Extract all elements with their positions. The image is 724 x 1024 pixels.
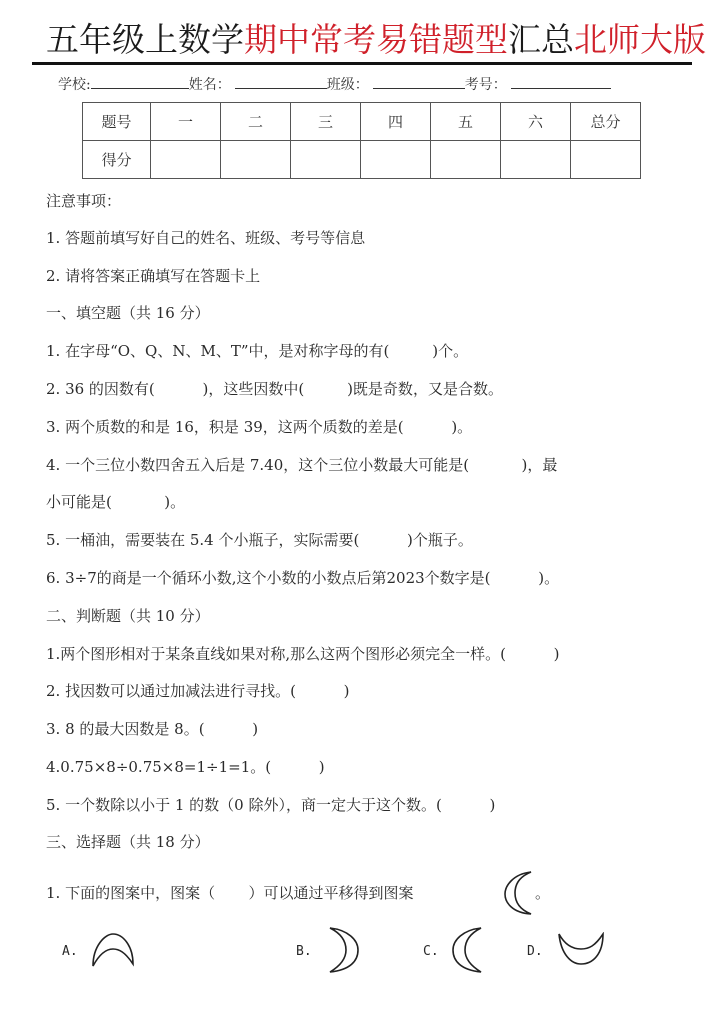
note-item: 2. 请将答案正确填写在答题卡上 bbox=[46, 266, 260, 286]
crescent-down-icon[interactable] bbox=[557, 932, 605, 966]
title-part-4: 北师大版 bbox=[574, 20, 706, 59]
option-d-label[interactable]: D. bbox=[527, 942, 543, 962]
header-cell: 六 bbox=[501, 103, 571, 141]
header-cell: 题号 bbox=[83, 103, 151, 141]
score-cell[interactable] bbox=[431, 141, 501, 179]
header-cell: 五 bbox=[431, 103, 501, 141]
header-cell: 一 bbox=[151, 103, 221, 141]
name-label: 姓名： bbox=[189, 77, 231, 93]
score-cell[interactable] bbox=[361, 141, 431, 179]
section-heading-fill-blank: 一、填空题（共 16 分） bbox=[46, 303, 210, 323]
header-cell: 总分 bbox=[571, 103, 641, 141]
option-a-label[interactable]: A. bbox=[62, 942, 78, 962]
crescent-left-icon[interactable] bbox=[451, 926, 483, 974]
class-label: 班级： bbox=[327, 77, 369, 93]
question-item: 1. 在字母“O、Q、N、M、T”中，是对称字母的有( )个。 bbox=[46, 341, 468, 361]
question-item: 1. 下面的图案中，图案（ ）可以通过平移得到图案 bbox=[46, 883, 413, 903]
title-underline bbox=[32, 62, 692, 65]
document-title: 五年级上数学期中常考易错题型汇总北师大版 bbox=[46, 18, 706, 62]
question-item: 3. 8 的最大因数是 8。( ) bbox=[46, 719, 258, 739]
score-table-header-row: 题号 一 二 三 四 五 六 总分 bbox=[83, 103, 641, 141]
school-field[interactable] bbox=[91, 75, 189, 89]
section-heading-true-false: 二、判断题（共 10 分） bbox=[46, 606, 210, 626]
title-part-1: 五年级上数学 bbox=[46, 20, 244, 59]
question-suffix: 。 bbox=[535, 883, 550, 903]
question-item-continued: 小可能是( )。 bbox=[46, 492, 185, 512]
student-info-line: 学校:姓名：班级：考号： bbox=[58, 74, 611, 94]
crescent-right-icon[interactable] bbox=[328, 926, 360, 974]
question-item: 5. 一个数除以小于 1 的数（0 除外），商一定大于这个数。( ) bbox=[46, 795, 495, 815]
question-item: 4. 一个三位小数四舍五入后是 7.40，这个三位小数最大可能是( )，最 bbox=[46, 455, 557, 475]
note-item: 1. 答题前填写好自己的姓名、班级、考号等信息 bbox=[46, 228, 365, 248]
section-heading-multiple-choice: 三、选择题（共 18 分） bbox=[46, 832, 210, 852]
question-item: 2. 找因数可以通过加减法进行寻找。( ) bbox=[46, 681, 349, 701]
question-item: 4.0.75×8÷0.75×8=1÷1=1。( ) bbox=[46, 757, 325, 777]
title-part-2: 期中常考易错题型 bbox=[244, 20, 508, 59]
exam-number-field[interactable] bbox=[511, 75, 611, 89]
score-cell[interactable] bbox=[571, 141, 641, 179]
question-item: 5. 一桶油，需要装在 5.4 个小瓶子，实际需要( )个瓶子。 bbox=[46, 530, 473, 550]
row-label-cell: 得分 bbox=[83, 141, 151, 179]
score-cell[interactable] bbox=[151, 141, 221, 179]
question-item: 3. 两个质数的和是 16，积是 39，这两个质数的差是( )。 bbox=[46, 417, 472, 437]
crescent-left-icon bbox=[503, 870, 535, 916]
score-cell[interactable] bbox=[291, 141, 361, 179]
notes-heading: 注意事项： bbox=[46, 191, 121, 211]
score-table-score-row: 得分 bbox=[83, 141, 641, 179]
title-part-3: 汇总 bbox=[508, 20, 574, 59]
header-cell: 四 bbox=[361, 103, 431, 141]
score-cell[interactable] bbox=[221, 141, 291, 179]
header-cell: 二 bbox=[221, 103, 291, 141]
question-item: 2. 36 的因数有( )，这些因数中( )既是奇数，又是合数。 bbox=[46, 379, 503, 399]
crescent-up-icon[interactable] bbox=[91, 932, 135, 968]
score-table: 题号 一 二 三 四 五 六 总分 得分 bbox=[82, 102, 641, 179]
school-label: 学校: bbox=[58, 77, 91, 93]
score-cell[interactable] bbox=[501, 141, 571, 179]
class-field[interactable] bbox=[373, 75, 465, 89]
header-cell: 三 bbox=[291, 103, 361, 141]
option-c-label[interactable]: C. bbox=[423, 942, 439, 962]
question-item: 1.两个图形相对于某条直线如果对称,那么这两个图形必须完全一样。( ) bbox=[46, 644, 559, 664]
name-field[interactable] bbox=[235, 75, 327, 89]
exam-number-label: 考号： bbox=[465, 77, 507, 93]
question-item: 6. 3÷7的商是一个循环小数,这个小数的小数点后第2023个数字是( )。 bbox=[46, 568, 559, 588]
option-b-label[interactable]: B. bbox=[296, 942, 312, 962]
